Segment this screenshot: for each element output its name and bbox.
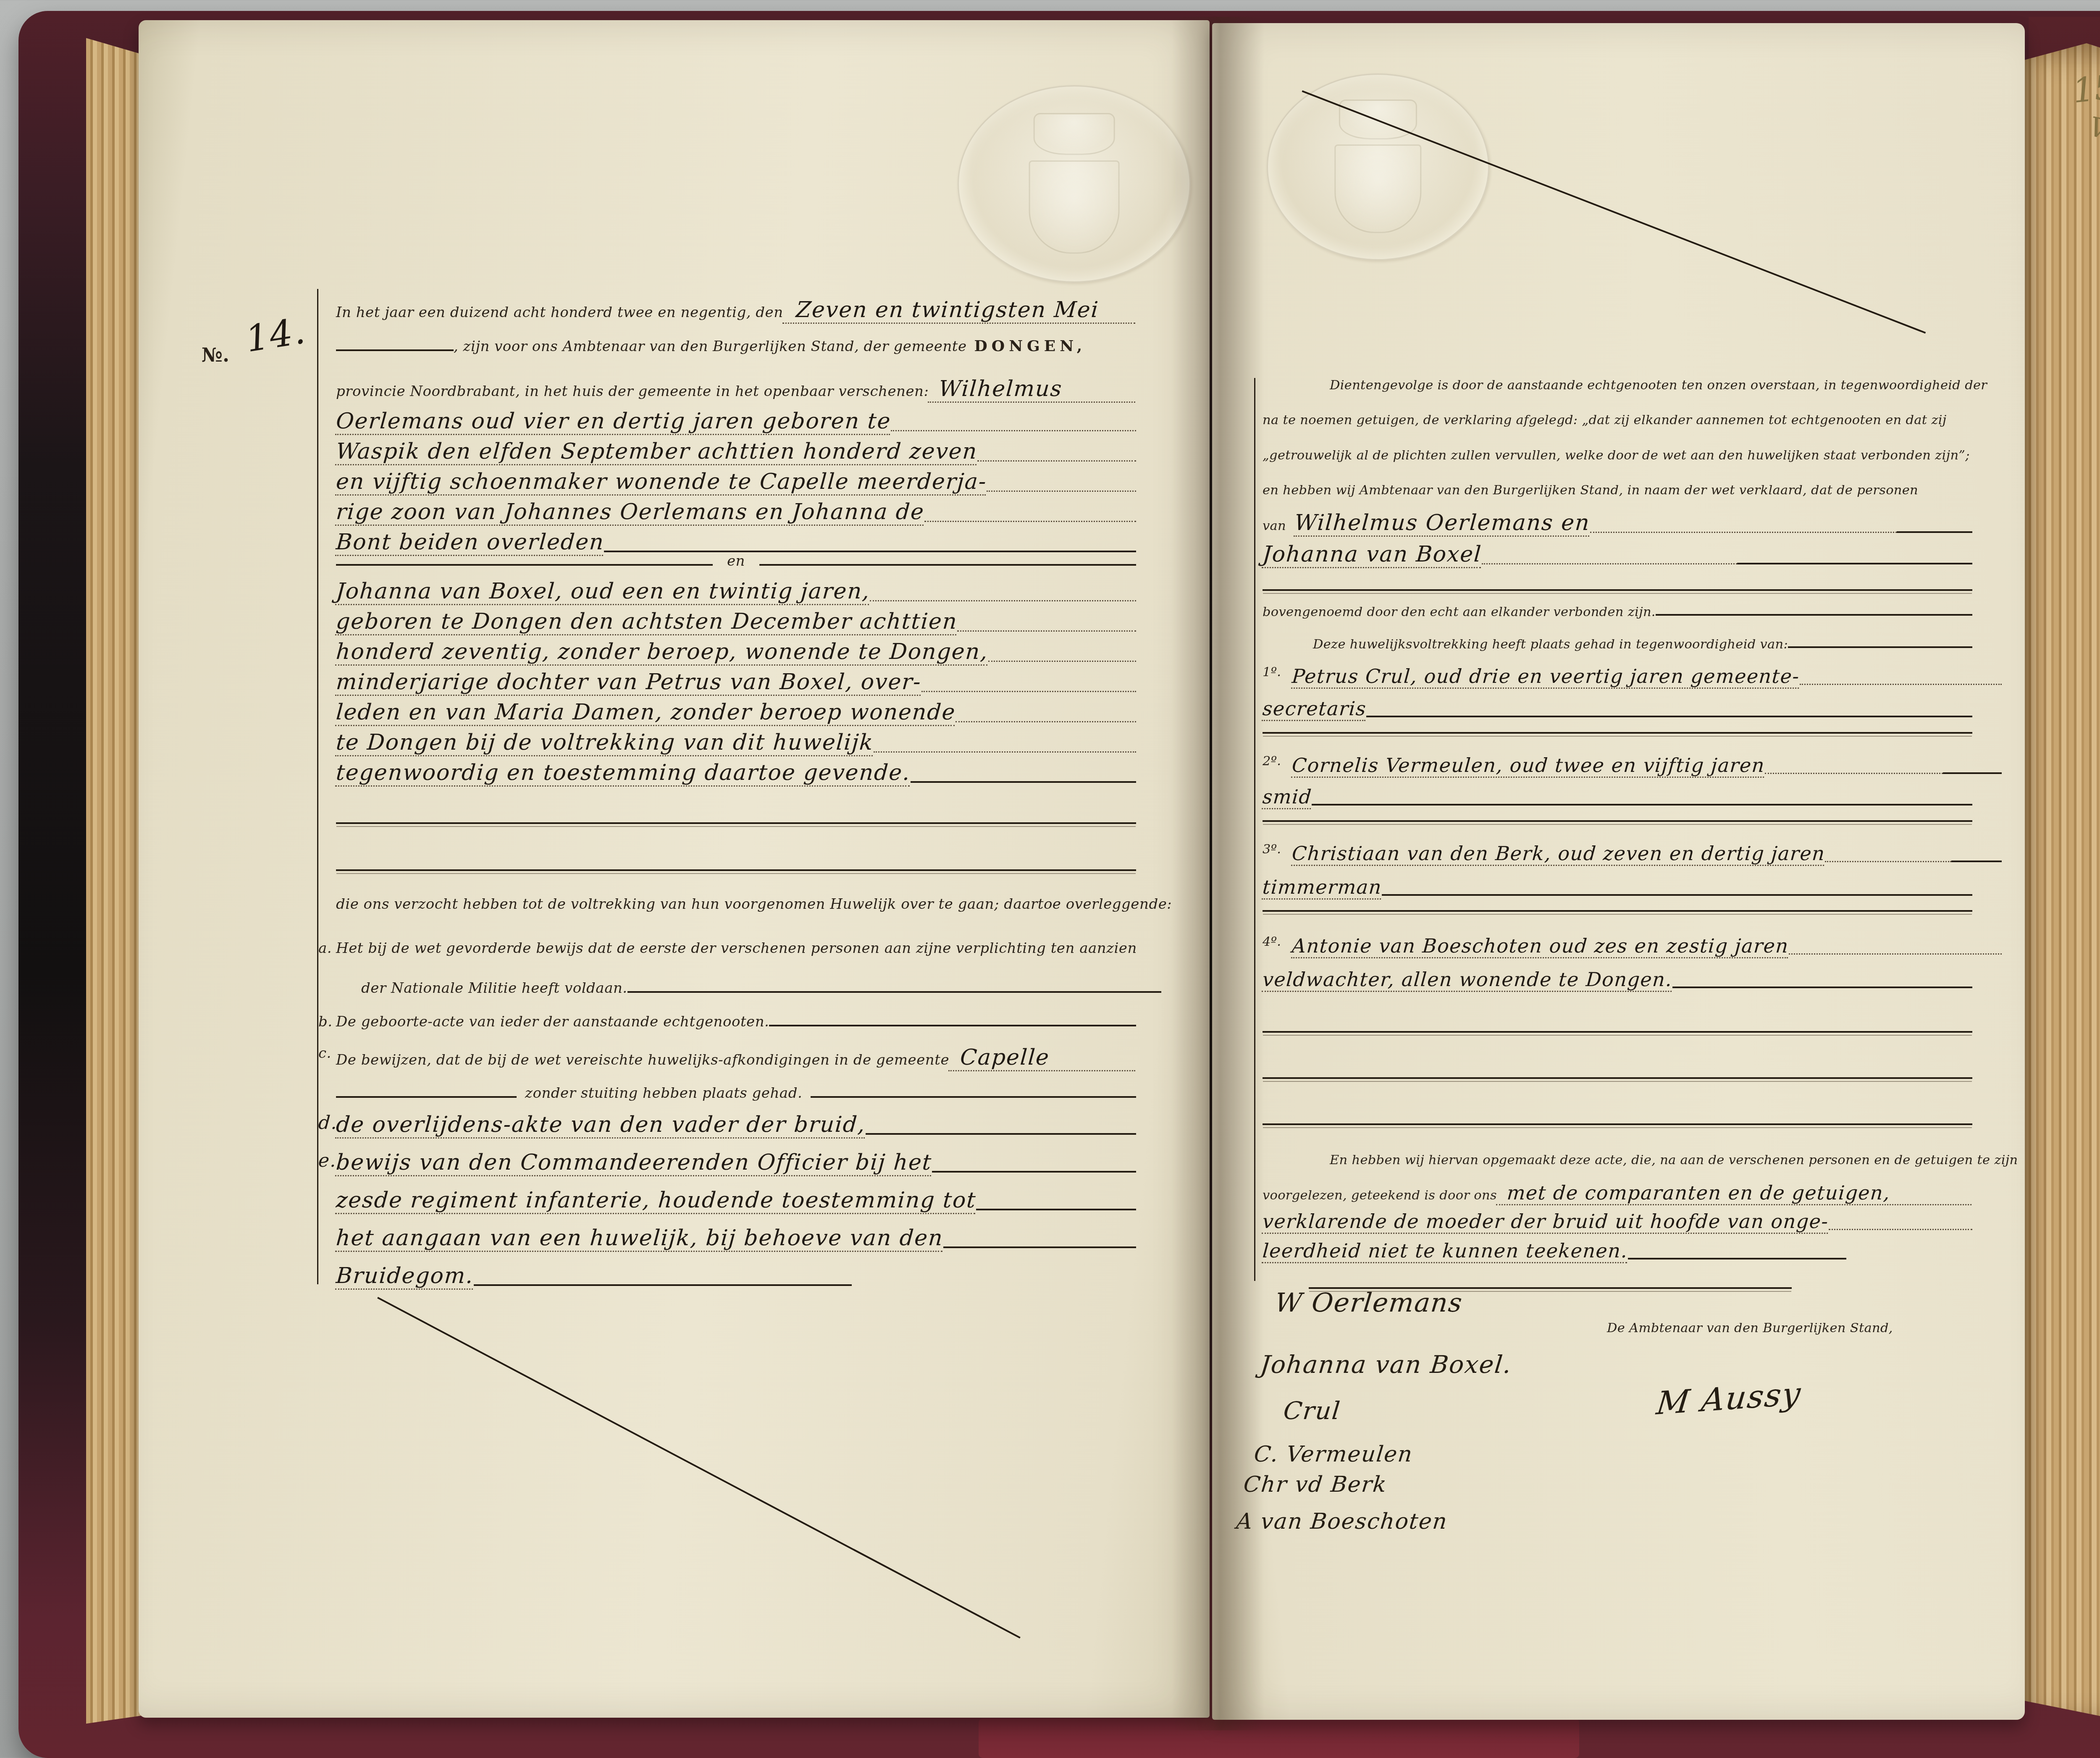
blank-rule xyxy=(811,1096,1136,1098)
dotted-rule xyxy=(987,491,1136,492)
blank-rule xyxy=(1628,1258,1846,1259)
witness-4-text: Antonie van Boeschoten oud zes en zestig… xyxy=(1291,934,1790,958)
blank-ruled-line xyxy=(1263,1031,1972,1033)
declaration-line-1: Dientengevolge is door de aanstaande ech… xyxy=(1263,378,1972,393)
blank-ruled-line xyxy=(1263,1077,1972,1079)
printed-text: Deze huwelijksvoltrekking heeft plaats g… xyxy=(1263,637,1788,652)
blank-ruled-line xyxy=(1263,1123,1972,1125)
dotted-rule xyxy=(1829,1229,1972,1230)
witness-3-number: 3º. xyxy=(1263,842,1281,857)
item-c-text-2: zonder stuiting hebben plaats gehad. xyxy=(525,1085,802,1102)
separator-rule xyxy=(759,564,1136,566)
closing-line-1: En hebben wij hiervan opgemaakt deze act… xyxy=(1263,1153,1972,1168)
photo-of-marriage-register: { "colors": { "paper": "#ebe5cf", "print… xyxy=(0,0,2100,1758)
closing-line-2: voorgelezen, geteekend is door ons met d… xyxy=(1263,1181,1972,1205)
dotted-rule xyxy=(1800,684,2002,685)
bride-text: Johanna van Boxel, oud een en twintig ja… xyxy=(335,579,871,605)
witness-2-line-1: 2º. Cornelis Vermeulen, oud twee en vijf… xyxy=(1263,754,2002,778)
blank-rule xyxy=(627,991,1161,993)
groom-line-5: Bont beiden overleden xyxy=(336,530,1136,556)
groom-text: en vijftig schoenmaker wonende te Capell… xyxy=(335,469,988,496)
witness-2-line-2: smid xyxy=(1263,785,1972,809)
item-a-text: Het bij de wet gevorderde bewijs dat de … xyxy=(336,940,1137,957)
bride-line-1: Johanna van Boxel, oud een en twintig ja… xyxy=(336,579,1136,605)
blank-rule xyxy=(943,1246,1136,1248)
register-page-left: №. 14. In het jaar een duizend acht hond… xyxy=(139,20,1210,1718)
printed-text: en hebben wij Ambtenaar van den Burgerli… xyxy=(1263,483,1918,498)
bride-text: honderd zeventig, zonder beroep, wonende… xyxy=(335,639,989,666)
item-e-text: Bruidegom. xyxy=(335,1263,475,1290)
dotted-rule xyxy=(870,600,1136,601)
bride-line-4: minderjarige dochter van Petrus van Boxe… xyxy=(336,669,1136,696)
bride-text: leden en van Maria Damen, zonder beroep … xyxy=(335,700,957,726)
handwritten-groom-firstname: Wilhelmus xyxy=(928,376,1137,403)
blank-rule xyxy=(1366,716,1972,717)
cancellation-stroke xyxy=(377,1297,1021,1639)
witness-3-text: Christiaan van den Berk, oud zeven en de… xyxy=(1291,842,1826,866)
printed-officiant-text: , zijn voor ons Ambtenaar van den Burger… xyxy=(454,338,967,355)
closing-line-3: verklarende de moeder der bruid uit hoof… xyxy=(1263,1210,1972,1234)
blank-rule xyxy=(336,1096,517,1098)
separator-en: en xyxy=(727,553,745,569)
item-e-label: e. xyxy=(318,1150,338,1171)
document-item-b: b. De geboorte-acte van ieder der aansta… xyxy=(336,1013,1136,1030)
handwritten-date: Zeven en twintigsten Mei xyxy=(782,297,1137,324)
signature-witness-vermeulen: C. Vermeulen xyxy=(1253,1442,1414,1467)
act-number-label: №. xyxy=(202,344,229,366)
blank-rule xyxy=(976,1209,1136,1210)
witness-separator-rule xyxy=(1263,820,1972,822)
item-b-label: b. xyxy=(318,1013,333,1030)
blank-rule xyxy=(604,551,1136,552)
handwritten-signing-note: leerdheid niet te kunnen teekenen. xyxy=(1262,1239,1629,1263)
witness-3-occupation: timmerman xyxy=(1262,876,1383,900)
item-a-label: a. xyxy=(318,940,332,957)
blank-rule xyxy=(474,1284,852,1286)
signature-witness-boeschoten: A van Boeschoten xyxy=(1235,1509,1449,1534)
groom-line-2: Waspik den elfden September achttien hon… xyxy=(336,439,1136,465)
dotted-rule xyxy=(957,630,1136,632)
item-c-text: De bewijzen, dat de bij de wet vereischt… xyxy=(336,1052,949,1068)
blank-ruled-line xyxy=(336,822,1136,824)
form-line-year: In het jaar een duizend acht honderd twe… xyxy=(336,297,1136,324)
signature-witness-crul: Crul xyxy=(1282,1396,1342,1425)
blank-rule xyxy=(911,781,1136,783)
page-edges-fore-edge xyxy=(2024,40,2100,1734)
blank-rule xyxy=(336,349,454,351)
margin-rule xyxy=(317,289,318,1284)
witness-2-occupation: smid xyxy=(1262,785,1312,809)
dotted-rule xyxy=(988,661,1136,662)
document-item-d: d. de overlijdens-akte van den vader der… xyxy=(336,1112,1136,1139)
groom-line-3: en vijftig schoenmaker wonende te Capell… xyxy=(336,469,1136,496)
closing-line-4: leerdheid niet te kunnen teekenen. xyxy=(1263,1239,1972,1263)
signature-witness-vdberk: Chr vd Berk xyxy=(1242,1472,1389,1497)
witness-4-line-1: 4º. Antonie van Boeschoten oud zes en ze… xyxy=(1263,934,2002,958)
witness-1-line-2: secretaris xyxy=(1263,697,1972,721)
witness-4-occupation: veldwachter, allen wonende te Dongen. xyxy=(1262,968,1673,992)
margin-rule xyxy=(1254,378,1255,1281)
printed-year-text: In het jaar een duizend acht honderd twe… xyxy=(336,304,783,321)
printed-text: voorgelezen, geteekend is door ons xyxy=(1263,1188,1497,1203)
document-item-a: a. Het bij de wet gevorderde bewijs dat … xyxy=(336,940,1136,957)
document-item-e-4: Bruidegom. xyxy=(336,1263,1136,1290)
dotted-rule xyxy=(1789,953,2002,955)
heavy-rule xyxy=(1263,589,1972,591)
groom-line-1: Oerlemans oud vier en dertig jaren gebor… xyxy=(336,409,1136,435)
and-separator: en xyxy=(336,553,1136,569)
dotted-rule xyxy=(1825,861,1951,862)
witness-3-line-1: 3º. Christiaan van den Berk, oud zeven e… xyxy=(1263,842,2002,866)
document-item-e-1: e. bewijs van den Commandeerenden Offici… xyxy=(336,1150,1136,1176)
witness-1-text: Petrus Crul, oud drie en veertig jaren g… xyxy=(1291,665,1801,689)
printed-text: na te noemen getuigen, de verklaring afg… xyxy=(1263,413,1947,428)
request-clause: die ons verzocht hebben tot de voltrekki… xyxy=(336,896,1136,913)
groom-text: Bont beiden overleden xyxy=(335,530,605,556)
couple-names-line-2: Johanna van Boxel xyxy=(1263,542,1972,568)
bride-text: te Dongen bij de voltrekking van dit huw… xyxy=(335,730,874,756)
witness-1-line-1: 1º. Petrus Crul, oud drie en veertig jar… xyxy=(1263,665,2002,689)
item-c-label: c. xyxy=(318,1045,331,1062)
seal-crown xyxy=(1033,113,1115,155)
blank-rule xyxy=(1951,861,2002,862)
dotted-rule xyxy=(874,751,1136,753)
page-edges-left xyxy=(86,29,145,1741)
printed-text: „getrouwelijk al de plichten zullen verv… xyxy=(1263,448,1970,463)
document-item-c: c. De bewijzen, dat de bij de wet vereis… xyxy=(336,1045,1136,1071)
bride-text: tegenwoordig en toestemming daartoe geve… xyxy=(335,760,911,787)
signature-registrar: M Aussy xyxy=(1655,1375,1803,1422)
declaration-line-4: en hebben wij Ambtenaar van den Burgerli… xyxy=(1263,483,1972,498)
registrar-title: De Ambtenaar van den Burgerlijken Stand, xyxy=(1607,1321,1893,1336)
groom-text: Waspik den elfden September achttien hon… xyxy=(335,439,979,465)
register-page-right: Dientengevolge is door de aanstaande ech… xyxy=(1212,23,2025,1720)
printed-text: Dientengevolge is door de aanstaande ech… xyxy=(1263,378,1987,393)
couple-names-line-1: van Wilhelmus Oerlemans en xyxy=(1263,510,1972,537)
declaration-line-2: na te noemen getuigen, de verklaring afg… xyxy=(1263,413,1972,428)
printed-text: En hebben wij hiervan opgemaakt deze act… xyxy=(1263,1153,2018,1168)
document-item-e-3: het aangaan van een huwelijk, bij behoev… xyxy=(336,1225,1136,1252)
embossed-tax-seal xyxy=(958,85,1191,283)
handwritten-signing-note: met de comparanten en de getuigen, xyxy=(1496,1181,1973,1205)
blank-rule xyxy=(1788,646,1972,648)
printed-province-text: provincie Noordbrabant, in het huis der … xyxy=(336,383,929,400)
dotted-rule xyxy=(921,691,1136,692)
dotted-rule xyxy=(1482,563,1737,564)
printed-request-text: die ons verzocht hebben tot de voltrekki… xyxy=(336,896,1172,913)
dotted-rule xyxy=(1765,773,1943,774)
item-b-text: De geboorte-acte van ieder der aanstaand… xyxy=(336,1013,769,1030)
blank-rule xyxy=(1897,531,1972,533)
signature-bride: Johanna van Boxel. xyxy=(1259,1350,1513,1379)
handwritten-signing-note: verklarende de moeder der bruid uit hoof… xyxy=(1262,1210,1830,1234)
act-number-value: 14. xyxy=(243,310,309,360)
bride-line-3: honderd zeventig, zonder beroep, wonende… xyxy=(336,639,1136,666)
united-clause: bovengenoemd door den echt aan elkander … xyxy=(1263,605,1972,619)
witness-2-text: Cornelis Vermeulen, oud twee en vijftig … xyxy=(1291,754,1766,778)
printed-van: van xyxy=(1263,519,1286,533)
bride-line-5: leden en van Maria Damen, zonder beroep … xyxy=(336,700,1136,726)
form-line-province: provincie Noordbrabant, in het huis der … xyxy=(336,376,1136,403)
witness-4-line-2: veldwachter, allen wonende te Dongen. xyxy=(1263,968,1972,992)
witness-1-number: 1º. xyxy=(1263,665,1281,680)
dotted-rule xyxy=(977,460,1136,462)
handwritten-banns-municipality: Capelle xyxy=(948,1045,1137,1071)
book-cover-bottom xyxy=(979,1719,1579,1758)
bride-line-2: geboren te Dongen den achtsten December … xyxy=(336,609,1136,635)
item-d-text: de overlijdens-akte van den vader der br… xyxy=(335,1112,866,1139)
dotted-rule xyxy=(955,721,1136,722)
blank-rule xyxy=(932,1171,1136,1173)
blank-rule xyxy=(1672,987,1972,988)
witness-1-occupation: secretaris xyxy=(1262,697,1367,721)
bride-line-7: tegenwoordig en toestemming daartoe geve… xyxy=(336,760,1136,787)
item-e-text: bewijs van den Commandeerenden Officier … xyxy=(335,1150,933,1176)
witness-2-number: 2º. xyxy=(1263,754,1281,769)
embossed-tax-seal xyxy=(1267,73,1489,260)
bride-text: minderjarige dochter van Petrus van Boxe… xyxy=(335,669,922,696)
witness-separator-rule xyxy=(1263,910,1972,912)
document-item-e-2: zesde regiment infanterie, houdende toes… xyxy=(336,1188,1136,1214)
dotted-rule xyxy=(891,430,1136,431)
seal-shield xyxy=(1029,160,1120,254)
seal-shield xyxy=(1334,144,1421,233)
groom-text: Oerlemans oud vier en dertig jaren gebor… xyxy=(335,409,892,435)
declaration-line-3: „getrouwelijk al de plichten zullen verv… xyxy=(1263,448,1972,463)
dotted-rule xyxy=(924,521,1136,522)
folio-number: 15 xyxy=(2071,67,2100,110)
document-item-a-2: der Nationale Militie heeft voldaan. xyxy=(336,980,1161,997)
groom-text: rige zoon van Johannes Oerlemans en Joha… xyxy=(335,499,925,526)
printed-text: bovengenoemd door den echt aan elkander … xyxy=(1263,605,1656,619)
groom-line-4: rige zoon van Johannes Oerlemans en Joha… xyxy=(336,499,1136,526)
blank-rule xyxy=(1943,772,2002,774)
witnesses-heading: Deze huwelijksvoltrekking heeft plaats g… xyxy=(1263,637,1972,652)
blank-rule xyxy=(769,1025,1136,1026)
blank-ruled-line xyxy=(336,869,1136,871)
blank-rule xyxy=(1737,563,1972,564)
handwritten-bride-name: Johanna van Boxel xyxy=(1262,542,1483,568)
signature-groom: W Oerlemans xyxy=(1273,1287,1464,1318)
item-a-text-2: der Nationale Militie heeft voldaan. xyxy=(361,980,627,997)
witness-separator-rule xyxy=(1263,732,1972,734)
separator-rule xyxy=(336,564,713,566)
item-e-text: het aangaan van een huwelijk, bij behoev… xyxy=(335,1225,944,1252)
bride-line-6: te Dongen bij de voltrekking van dit huw… xyxy=(336,730,1136,756)
handwritten-groom-name: Wilhelmus Oerlemans en xyxy=(1294,510,1591,537)
form-line-officiant: , zijn voor ons Ambtenaar van den Burger… xyxy=(336,337,1136,355)
item-e-text: zesde regiment infanterie, houdende toes… xyxy=(335,1188,977,1214)
document-item-c-2: zonder stuiting hebben plaats gehad. xyxy=(336,1085,1136,1102)
municipality-name: DONGEN, xyxy=(974,337,1087,355)
blank-rule xyxy=(1312,804,1972,806)
witness-4-number: 4º. xyxy=(1263,934,1281,949)
dotted-rule xyxy=(1590,532,1897,533)
blank-rule xyxy=(1656,614,1972,616)
witness-3-line-2: timmerman xyxy=(1263,876,1972,900)
blank-rule xyxy=(866,1133,1136,1135)
bride-text: geboren te Dongen den achtsten December … xyxy=(335,609,958,635)
blank-rule xyxy=(1382,894,1972,896)
